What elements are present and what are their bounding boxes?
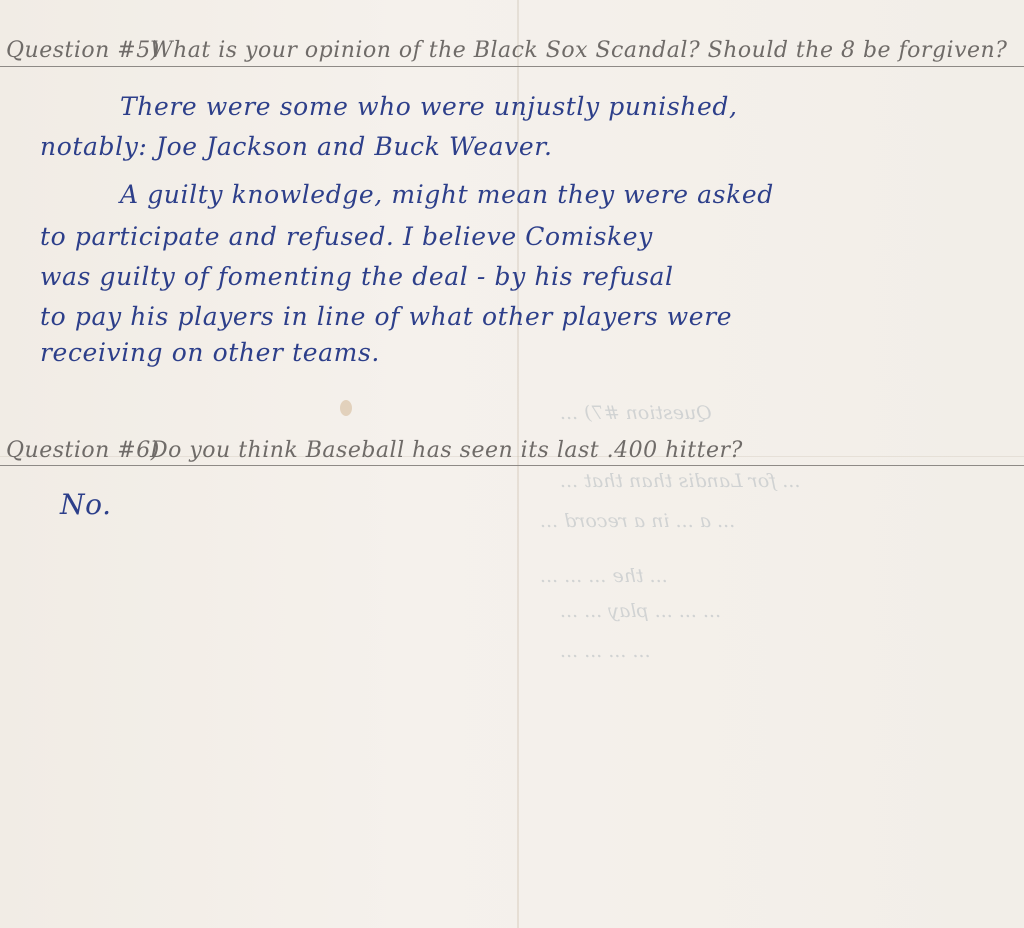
bleed-through-line: ... a ... in a record ...: [540, 510, 735, 532]
answer-5-line-4: to participate and refused. I believe Co…: [40, 222, 653, 251]
letter-page: Question #7) ... ... for Landis than tha…: [0, 0, 1024, 928]
answer-5-line-1: There were some who were unjustly punish…: [120, 92, 738, 121]
answer-5-line-5: was guilty of fomenting the deal - by hi…: [40, 262, 674, 291]
question-6-underline: [0, 465, 1024, 466]
bleed-through-line: ... ... ... play ... ...: [560, 600, 721, 622]
paper-stain: [340, 400, 352, 416]
answer-5-line-7: receiving on other teams.: [40, 338, 380, 367]
bleed-through-line: ... ... ... ...: [560, 640, 651, 662]
answer-5-line-3: A guilty knowledge, might mean they were…: [120, 180, 774, 209]
answer-5-line-2: notably: Joe Jackson and Buck Weaver.: [40, 132, 553, 161]
bleed-through-line: ... for Landis than that ...: [560, 470, 800, 492]
answer-6-line-1: No.: [60, 488, 112, 521]
question-5-underline: [0, 66, 1024, 67]
bleed-through-line: Question #7) ...: [560, 402, 712, 424]
question-5-text: What is your opinion of the Black Sox Sc…: [150, 38, 1007, 63]
question-5-label: Question #5): [6, 38, 160, 63]
question-6-text: Do you think Baseball has seen its last …: [150, 438, 743, 463]
question-6-label: Question #6): [6, 438, 160, 463]
answer-5-line-6: to pay his players in line of what other…: [40, 302, 732, 331]
bleed-through-line: ... the ... ... ...: [540, 565, 668, 587]
